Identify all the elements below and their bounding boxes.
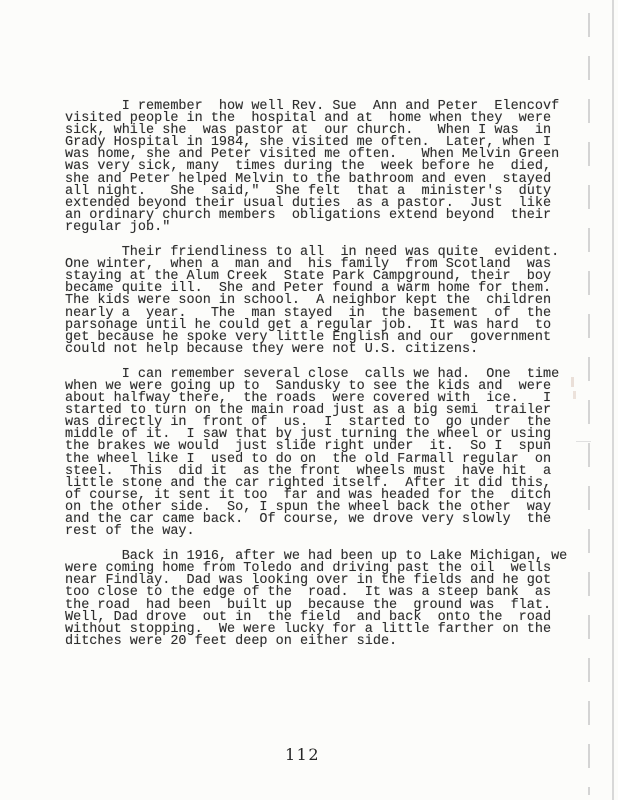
- scan-artifact-speck: [571, 377, 574, 387]
- paragraph-close-calls: I can remember several close calls we ha…: [65, 369, 575, 538]
- page-number: 112: [285, 745, 320, 764]
- scan-artifact-dashed-line: [588, 13, 590, 795]
- paragraph-back-in-1916: Back in 1916, after we had been up to La…: [65, 551, 575, 648]
- scan-artifact-speck: [573, 391, 576, 399]
- paragraph-rev-sue-ann: I remember how well Rev. Sue Ann and Pet…: [65, 101, 575, 234]
- scanned-document-page: I remember how well Rev. Sue Ann and Pet…: [0, 0, 618, 800]
- scan-artifact-edge-line: [612, 0, 614, 800]
- paragraph-friendliness: Their friendliness to all in need was qu…: [65, 247, 575, 356]
- typewritten-body-text: I remember how well Rev. Sue Ann and Pet…: [65, 101, 575, 648]
- scan-artifact-tick-mark: [576, 441, 591, 442]
